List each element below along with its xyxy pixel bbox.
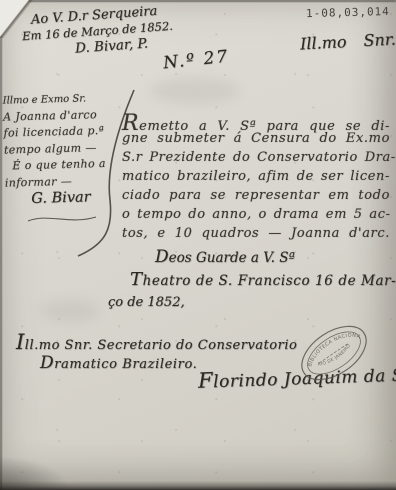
routing-note: Ao V. D.r Serqueira Em 16 de Março de 18…	[21, 3, 175, 60]
body-line: gne submeter á Censura do Ex.mo	[122, 131, 390, 146]
scan-edge-left	[0, 0, 2, 490]
svg-text:RIO DE JANEIRO: RIO DE JANEIRO	[315, 341, 354, 372]
body-line: tos, e 10 quadros — Joanna d'arc.	[122, 226, 390, 241]
ink-smudge	[150, 78, 240, 104]
body-line: o tempo do anno, o drama em 5 ac-	[122, 207, 390, 222]
catalog-number: 1-08,03,014	[306, 5, 394, 20]
scan-edge-top	[26, 0, 396, 2]
address-line: Ill.mo Snr. Secretario do Conservatorio	[16, 330, 297, 354]
body-line: S.r Prezidente do Conservatorio Dra-	[122, 150, 390, 165]
dateline-continued: ço de 1852,	[108, 295, 185, 310]
body-line: ciado para se representar em todo	[122, 188, 390, 203]
scanned-letter-page: 1-08,03,014 Ao V. D.r Serqueira Em 16 de…	[0, 0, 396, 490]
corner-stain	[0, 456, 70, 490]
salutation: Ill.mo Snr.	[300, 30, 396, 54]
valediction: Deos Guarde a V. Sª	[155, 247, 295, 267]
address-line: Dramatico Brazileiro.	[40, 353, 197, 373]
ink-smudge	[40, 300, 100, 322]
dateline: Theatro de S. Francisco 16 de Mar-	[130, 269, 396, 290]
stamp-text-bottom: RIO DE JANEIRO	[315, 341, 354, 372]
document-number: N.º 27	[162, 47, 230, 74]
body-line: matico brazileiro, afim de ser licen-	[122, 169, 390, 184]
